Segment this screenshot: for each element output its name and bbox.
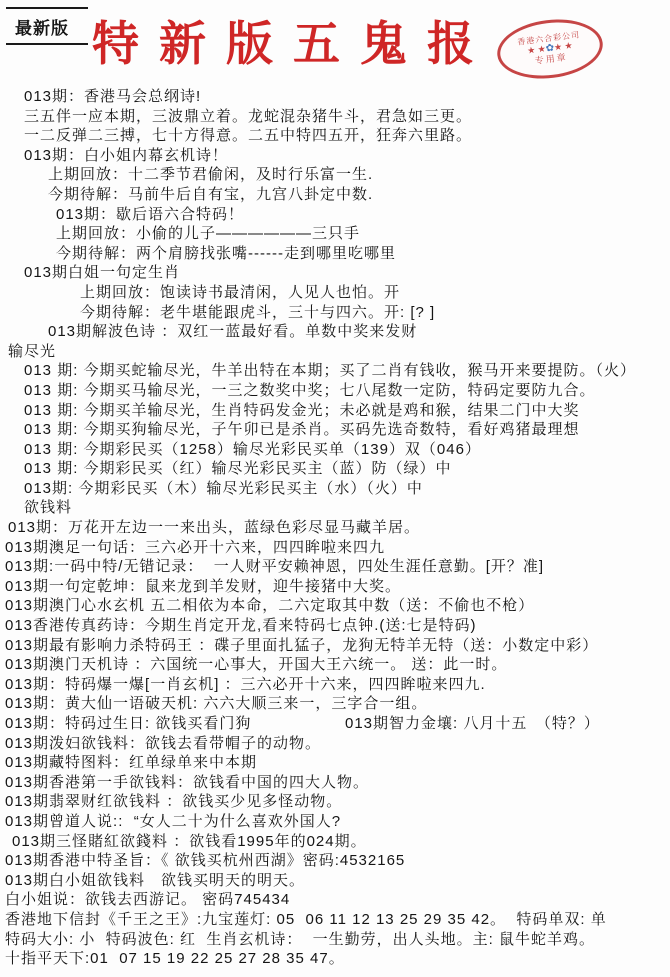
doc-line: 013期：歇后语六合特码！: [0, 205, 670, 225]
doc-line: 香港地下信封《千王之王》:九宝莲灯: 05 06 11 12 13 25 29 …: [0, 910, 670, 930]
doc-line: 013期一句定乾坤：鼠来龙到羊发财，迎牛接猪中大奖。: [0, 577, 670, 597]
doc-line: 白小姐说：欲钱去西游记。 密码745434: [0, 890, 670, 910]
doc-line-left: 013期：特码过生日: 欲钱买看门狗: [5, 715, 251, 732]
doc-line-right: 013期智力金壤: 八月十五 （特？）: [345, 714, 600, 734]
doc-line: 013期白姐一句定生肖: [0, 263, 670, 283]
doc-line: 输尽光: [0, 342, 670, 362]
doc-line: 013期：万花开左边一一来出头，蓝绿色彩尽显马藏羊居。: [0, 518, 670, 538]
doc-line: 013期藏特图料：红单绿单来中本期: [0, 753, 670, 773]
doc-line: 013期：白小姐内幕玄机诗！: [0, 146, 670, 166]
doc-line: 013期：黄大仙一语破天机: 六六大顺三来一，三字合一组。: [0, 694, 670, 714]
masthead-bottom-rule: [6, 43, 88, 45]
doc-line: 013 期: 今期买羊输尽光，生肖特码发金光；未必就是鸡和猴，结果二门中大奖: [0, 401, 670, 421]
doc-line: 013期解波色诗 ：双红一蓝最好看。单数中奖来发财: [0, 322, 670, 342]
doc-line: 今期待解：马前牛后自有宝，九宫八卦定中数.: [0, 185, 670, 205]
doc-line: 013期: 今期彩民买（木）输尽光彩民买主（水）（火）中: [0, 479, 670, 499]
doc-line: 013 期: 今期买狗输尽光，子午卯已是杀肖。买码先选奇数特，看好鸡猪最理想: [0, 420, 670, 440]
company-seal: 香港六合彩公司 ★ ★✿★ ★ 专用章: [494, 14, 606, 84]
doc-line: 013期澳门天机诗 ：六国统一心事大，开国大王六统一。 送：此一时。: [0, 655, 670, 675]
doc-line: 013期翡翠财红欲钱料 ：欲钱买少见多怪动物。: [0, 792, 670, 812]
doc-line: 013期澳足一句话：三六必开十六来，四四眸啦来四九: [0, 538, 670, 558]
doc-line: 013期白小姐欲钱料 欲钱买明天的明天。: [0, 871, 670, 891]
doc-line: 一二反弹二三搏，七十方得意。二五中特四五开，狂奔六里路。: [0, 126, 670, 146]
doc-line: 013期澳门心水玄机 五二相依为本命，二六定取其中数（送：不偷也不枪）: [0, 596, 670, 616]
edition-label: 最新版: [15, 14, 69, 39]
doc-line: 上期回放：小偷的儿子——————三只手: [0, 224, 670, 244]
doc-line: 欲钱料: [0, 498, 670, 518]
masthead-top-rule: [6, 7, 88, 9]
doc-line: 上期回放：饱读诗书最清闲，人见人也怕。开: [0, 283, 670, 303]
document-body: 013期：香港马会总纲诗! 三五伴一应本期，三波鼎立着。龙蛇混杂猪牛斗，君急如三…: [0, 87, 670, 969]
doc-line: 013期最有影响力杀特码王 ：碟子里面扎猛子，龙狗无特羊无特（送：小数定中彩）: [0, 636, 670, 656]
page-title: 特新版五鬼报: [92, 20, 494, 70]
doc-line: 三五伴一应本期，三波鼎立着。龙蛇混杂猪牛斗，君急如三更。: [0, 107, 670, 127]
doc-line: 上期回放：十二季节君偷闲，及时行乐富一生.: [0, 165, 670, 185]
doc-line: 013期泼妇欲钱料：欲钱去看带帽子的动物。: [0, 734, 670, 754]
doc-line: 十指平天下:01 07 15 19 22 25 27 28 35 47。: [0, 949, 670, 969]
doc-line: 013期：香港马会总纲诗!: [0, 87, 670, 107]
doc-line: 今期待解：老牛堪能跟虎斗，三十与四六。开: [? ]: [0, 303, 670, 323]
doc-line: 013期香港中特圣旨：《 欲钱买杭州西湖》密码:4532165: [0, 851, 670, 871]
doc-line: 013期:一码中特/无错记录： 一人财平安赖神恩，四处生涯任意勤。[开？准]: [0, 557, 670, 577]
doc-line: 今期待解：两个肩膀找张嘴------走到哪里吃哪里: [0, 244, 670, 264]
doc-line: 013 期: 今期买蛇输尽光，牛羊出特在本期；买了二肖有钱收，猴马开来要提防。（…: [0, 361, 670, 381]
doc-line: 013期三怪賭紅欲錢料 ：欲钱看1995年的024期。: [0, 832, 670, 852]
doc-line: 013期：特码爆一爆[一肖玄机] ：三六必开十六来，四四眸啦来四九.: [0, 675, 670, 695]
doc-line: 特码大小: 小 特码波色: 红 生肖玄机诗： 一生勤劳，出人头地。主: 鼠牛蛇羊…: [0, 930, 670, 950]
doc-line-two-column: 013期：特码过生日: 欲钱买看门狗013期智力金壤: 八月十五 （特？）: [0, 714, 670, 734]
doc-line: 013香港传真药诗：今期生肖定开龙,看来特码七点钟.(送:七是特码): [0, 616, 670, 636]
seal-stars-right: ★ ★: [553, 40, 573, 52]
doc-line: 013期香港第一手欲钱料：欲钱看中国的四大人物。: [0, 773, 670, 793]
doc-line: 013 期: 今期彩民买（1258）输尽光彩民买单（139）双（046）: [0, 440, 670, 460]
doc-line: 013 期: 今期彩民买（红）输尽光彩民买主（蓝）防（绿）中: [0, 459, 670, 479]
doc-line: 013 期: 今期买马输尽光，一三之数奖中奖；七八尾数一定防，特码定要防九合。: [0, 381, 670, 401]
doc-line: 013期曾道人说:: “女人二十为什么喜欢外国人?: [0, 812, 670, 832]
